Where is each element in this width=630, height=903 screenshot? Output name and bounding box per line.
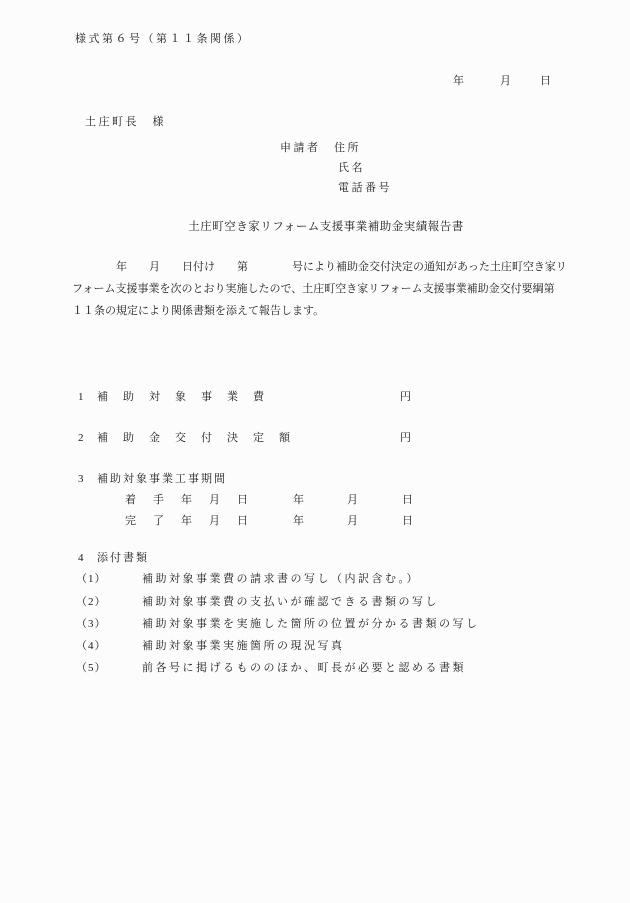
completion-date-label: 完 了 年 月 日 [125,515,251,529]
attachment-item-marker: （2） [76,596,107,610]
start-day-label: 日 [402,494,413,508]
addressee: 土庄町長 様 [85,116,166,130]
attachment-item-marker: （4） [76,640,107,654]
start-date-label: 着 手 年 月 日 [125,494,251,508]
attachment-item-text: 補助対象事業実施箇所の現況写真 [142,640,345,654]
section2-unit-yen: 円 [400,432,411,446]
section1-number: 1 [78,391,84,405]
section3-label: 補助対象事業工事期間 [97,473,227,487]
applicant-phone-label: 電話番号 [338,182,392,196]
form-number: 様式第６号（第１１条関係） [75,33,251,47]
completion-year-label: 年 [293,515,304,529]
start-month-label: 月 [347,494,358,508]
section3-number: 3 [78,473,84,487]
date-day-label: 日 [540,75,551,89]
completion-day-label: 日 [402,515,413,529]
body-paragraph-line: フォーム支援事業を次のとおり実施したので、土庄町空き家リフォーム支援事業補助金交… [72,283,555,297]
date-month-label: 月 [500,75,511,89]
section1-label: 補 助 対 象 事 業 費 [97,391,266,405]
applicant-address-label: 申請者 住所 [280,142,361,156]
body-paragraph-line: １１条の規定により関係書類を添えて報告します。 [72,305,324,319]
document-page: 様式第６号（第１１条関係） 年 月 日 土庄町長 様 申請者 住所 氏名 電話番… [0,0,630,903]
completion-month-label: 月 [347,515,358,529]
attachment-item-marker: （5） [76,662,107,676]
attachment-item-text: 補助対象事業を実施した箇所の位置が分かる書類の写し [142,618,480,632]
section4-number: 4 [78,552,84,566]
attachment-item-text: 前各号に掲げるもののほか、町長が必要と認める書類 [142,662,466,676]
section1-unit-yen: 円 [400,391,411,405]
document-title: 土庄町空き家リフォーム支援事業補助金実績報告書 [0,220,630,234]
attachment-item-marker: （1） [76,573,107,587]
attachment-item-marker: （3） [76,618,107,632]
attachment-item-text: 補助対象事業費の支払いが確認できる書類の写し [142,596,439,610]
section2-number: 2 [78,432,84,446]
start-year-label: 年 [293,494,304,508]
attachment-item-text: 補助対象事業費の請求書の写し（内訳含む。） [142,573,420,587]
section2-label: 補 助 金 交 付 決 定 額 [97,432,292,446]
date-year-label: 年 [453,75,464,89]
body-paragraph-line: 年 月 日付け 第 号により補助金交付決定の通知があった土庄町空き家リ [72,261,567,275]
applicant-name-label: 氏名 [338,162,365,176]
section4-label: 添付書類 [97,552,149,566]
